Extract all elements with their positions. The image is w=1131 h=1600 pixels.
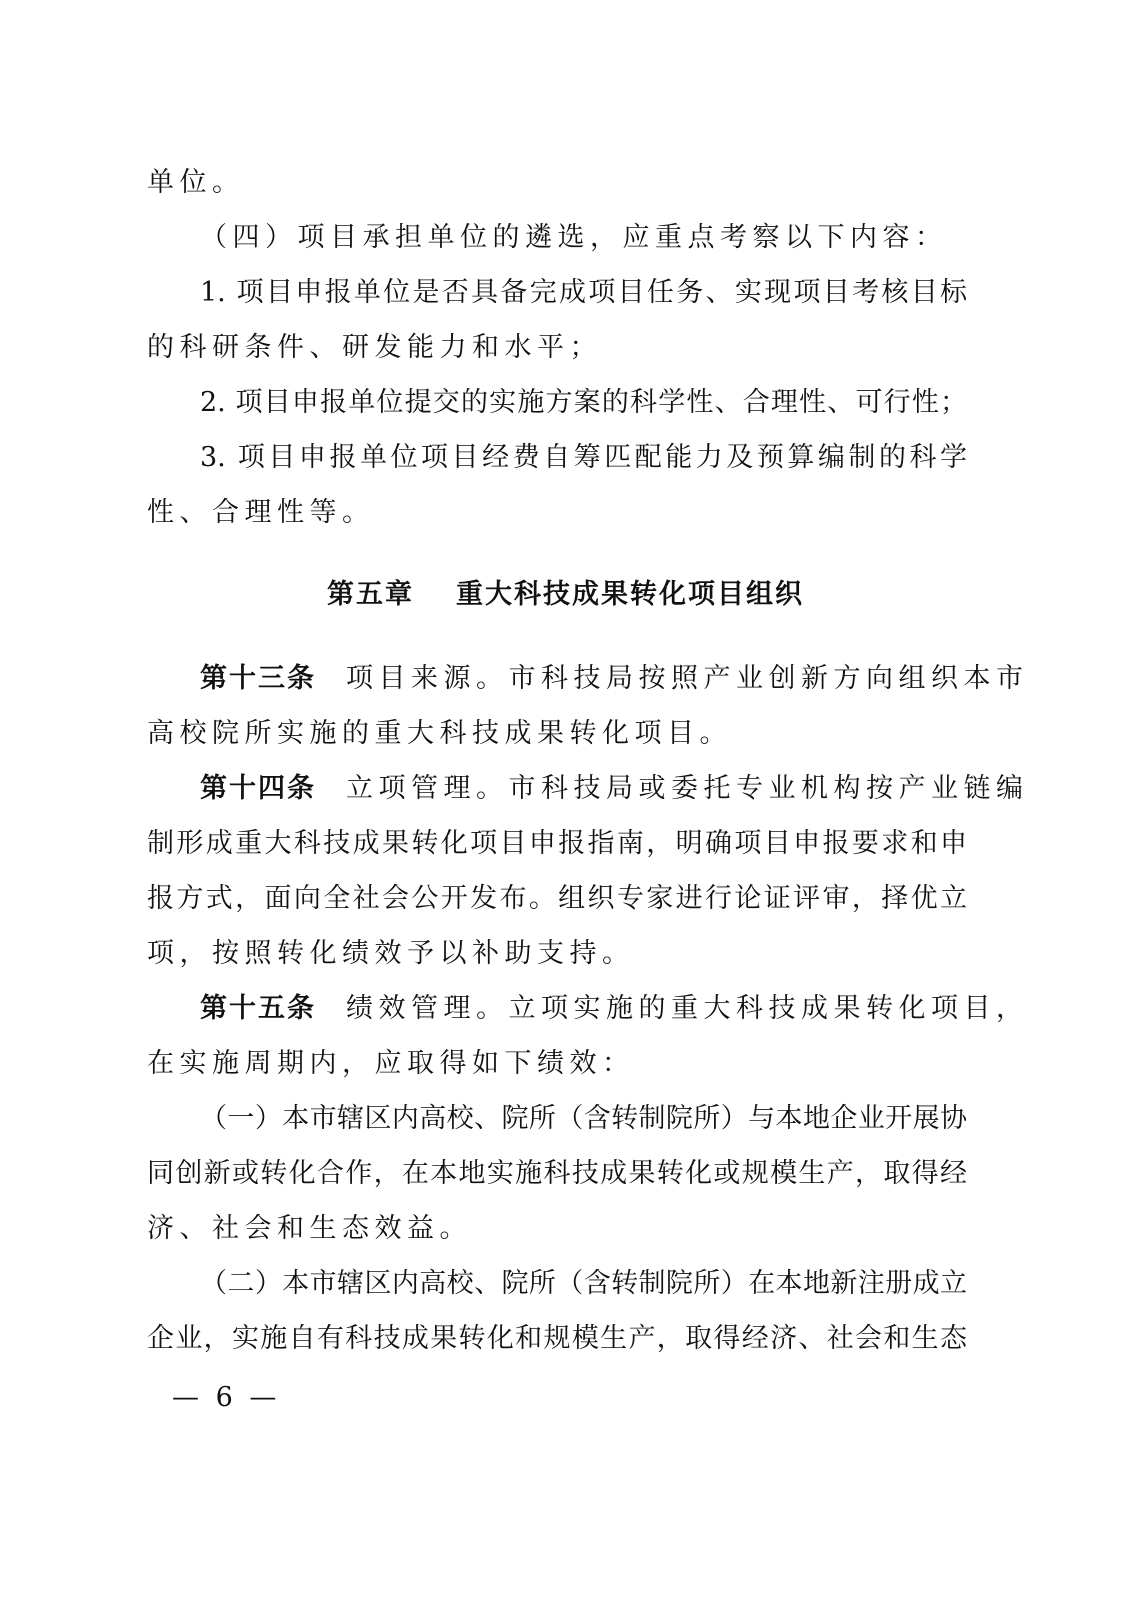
article-13-line: 第十三条项目来源。市科技局按照产业创新方向组织本市 — [200, 662, 967, 696]
paragraph-line: 同创新或转化合作，在本地实施科技成果转化或规模生产，取得经 — [147, 1157, 967, 1191]
paragraph-line: 2. 项目申报单位提交的实施方案的科学性、合理性、可行性； — [200, 386, 967, 420]
paragraph-line: 在实施周期内，应取得如下绩效： — [147, 1047, 967, 1081]
article-label: 第十四条 — [200, 773, 316, 804]
paragraph-line: 性、合理性等。 — [147, 496, 967, 530]
article-label: 第十三条 — [200, 663, 316, 694]
paragraph-line: 高校院所实施的重大科技成果转化项目。 — [147, 717, 967, 751]
page-number: — 6 — — [172, 1381, 280, 1415]
paragraph-line: 单位。 — [147, 166, 967, 200]
paragraph-line: 项，按照转化绩效予以补助支持。 — [147, 937, 967, 971]
article-text: 立项管理。市科技局或委托专业机构按产业链编 — [346, 773, 1029, 804]
paragraph-line: 企业，实施自有科技成果转化和规模生产，取得经济、社会和生态 — [147, 1322, 967, 1356]
article-text: 项目来源。市科技局按照产业创新方向组织本市 — [346, 663, 1029, 694]
paragraph-line: 3. 项目申报单位项目经费自筹匹配能力及预算编制的科学 — [200, 441, 967, 475]
article-label: 第十五条 — [200, 993, 316, 1024]
chapter-title: 重大科技成果转化项目组织 — [456, 579, 804, 610]
paragraph-line: （四）项目承担单位的遴选，应重点考察以下内容： — [200, 221, 967, 255]
chapter-number: 第五章 — [327, 579, 414, 610]
chapter-heading: 第五章重大科技成果转化项目组织 — [0, 578, 1131, 612]
article-14-line: 第十四条立项管理。市科技局或委托专业机构按产业链编 — [200, 772, 967, 806]
paragraph-line: 济、社会和生态效益。 — [147, 1212, 967, 1246]
article-text: 绩效管理。立项实施的重大科技成果转化项目， — [346, 993, 1029, 1024]
paragraph-line: 1. 项目申报单位是否具备完成项目任务、实现项目考核目标 — [200, 276, 967, 310]
document-page: 单位。 （四）项目承担单位的遴选，应重点考察以下内容： 1. 项目申报单位是否具… — [0, 0, 1131, 1600]
article-15-line: 第十五条绩效管理。立项实施的重大科技成果转化项目， — [200, 992, 967, 1026]
paragraph-line: （一）本市辖区内高校、院所（含转制院所）与本地企业开展协 — [200, 1102, 967, 1136]
paragraph-line: 报方式，面向全社会公开发布。组织专家进行论证评审，择优立 — [147, 882, 967, 916]
paragraph-line: 制形成重大科技成果转化项目申报指南，明确项目申报要求和申 — [147, 827, 967, 861]
paragraph-line: （二）本市辖区内高校、院所（含转制院所）在本地新注册成立 — [200, 1267, 967, 1301]
paragraph-line: 的科研条件、研发能力和水平； — [147, 331, 967, 365]
